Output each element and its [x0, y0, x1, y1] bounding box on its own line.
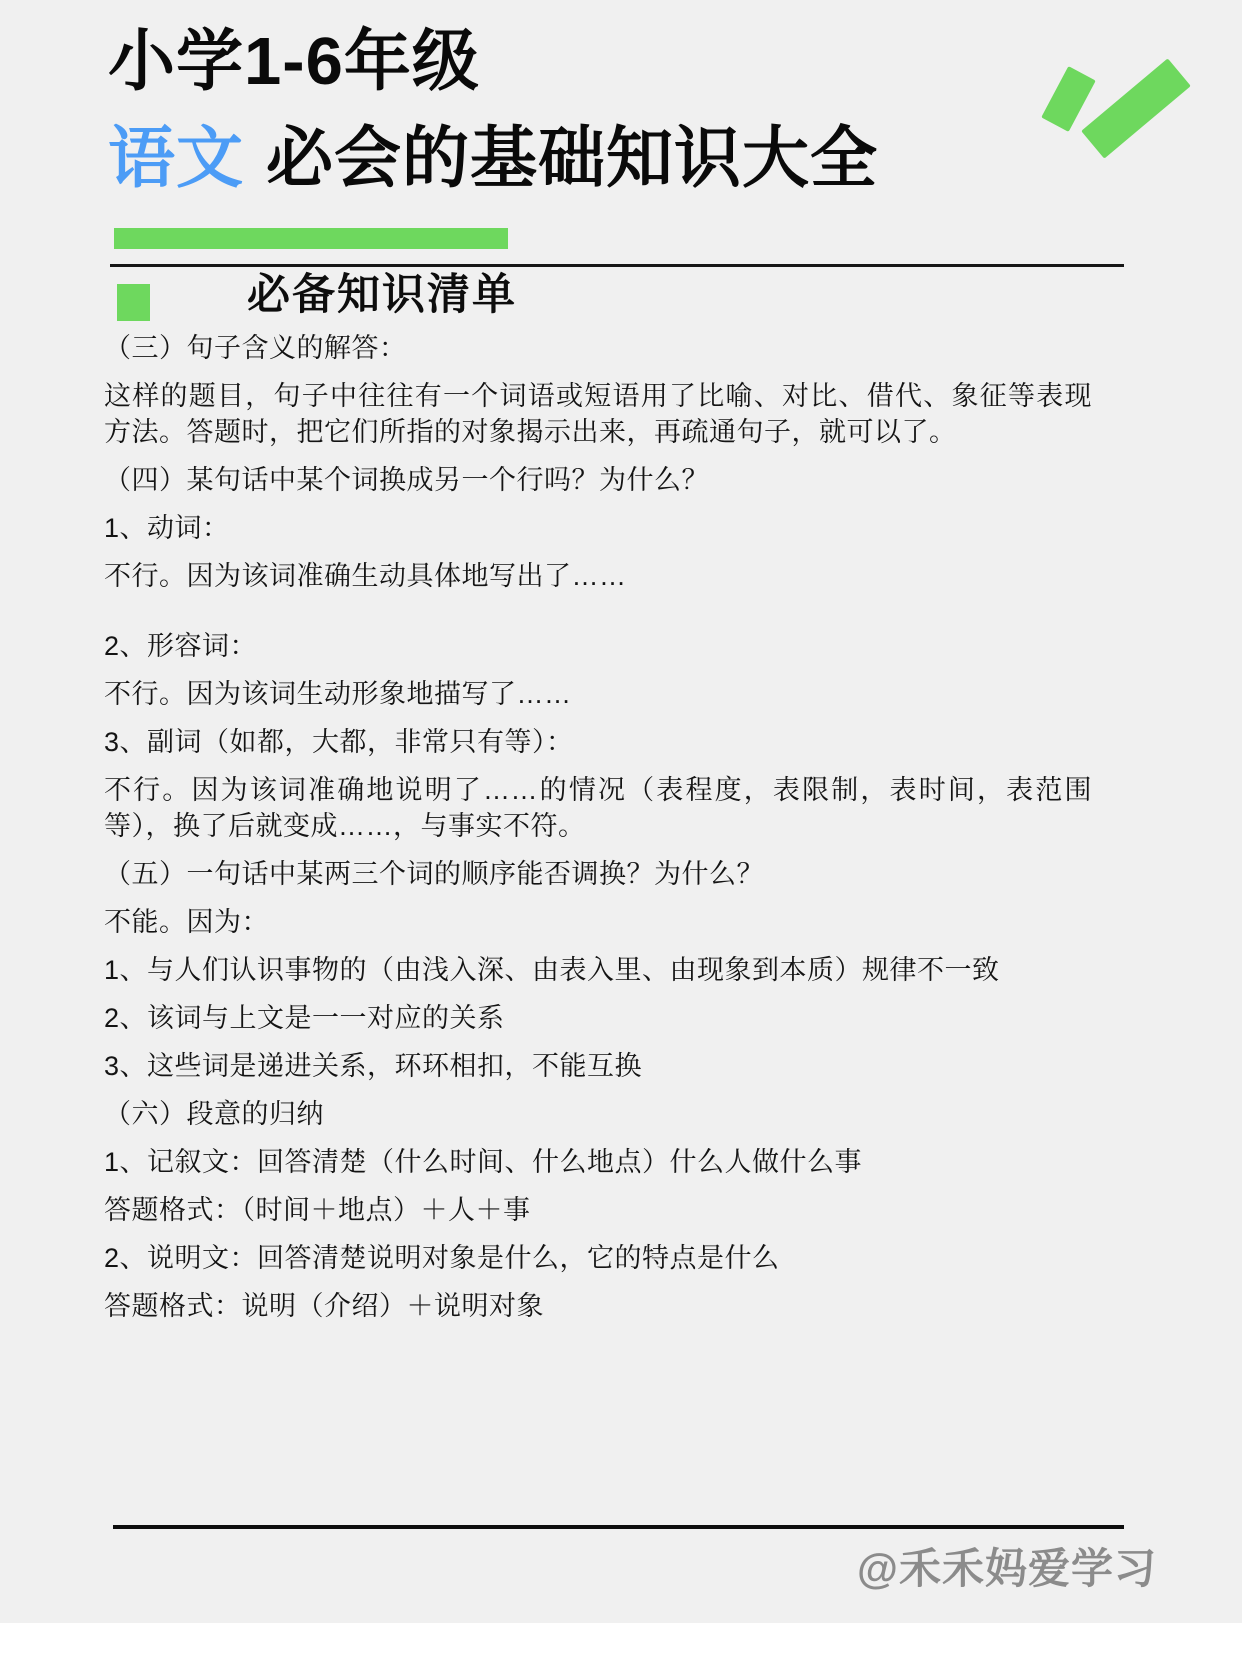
section-heading: 必备知识清单	[247, 272, 517, 319]
page-title-line1: 小学1-6年级	[108, 28, 878, 95]
paragraph: 2、该词与上文是一一对应的关系	[104, 1000, 1092, 1036]
paragraph: 3、这些词是递进关系，环环相扣，不能互换	[104, 1048, 1092, 1084]
paragraph: 不行。因为该词准确生动具体地写出了……	[104, 558, 1092, 594]
paragraph: 3、副词（如都，大都，非常只有等）：	[104, 724, 1092, 760]
subject-highlight: 语文	[108, 121, 244, 196]
page-title-line2: 语文必会的基础知识大全	[108, 125, 878, 192]
paragraph: （五）一句话中某两三个词的顺序能否调换？为什么？	[104, 856, 1092, 892]
green-square-bullet-icon	[117, 284, 150, 321]
paragraph: 2、形容词：	[104, 628, 1092, 664]
paragraph: 答题格式：说明（介绍）＋说明对象	[104, 1288, 1092, 1324]
slash-accent-icon	[1081, 58, 1191, 158]
paragraph: 不能。因为：	[104, 904, 1092, 940]
bottom-white-strip	[0, 1623, 1242, 1660]
page-title-line2-rest: 必会的基础知识大全	[266, 121, 878, 196]
paragraph: 不行。因为该词生动形象地描写了……	[104, 676, 1092, 712]
paragraph: （六）段意的归纳	[104, 1096, 1092, 1132]
paragraph: （三）句子含义的解答：	[104, 330, 1092, 366]
paragraph: 2、说明文：回答清楚说明对象是什么，它的特点是什么	[104, 1240, 1092, 1276]
section-heading-row: 必备知识清单	[117, 272, 517, 321]
slash-accent-icon	[1041, 66, 1096, 132]
footer-divider	[113, 1525, 1124, 1529]
content-body: （三）句子含义的解答： 这样的题目，句子中往往有一个词语或短语用了比喻、对比、借…	[104, 330, 1092, 1336]
paragraph: 1、记叙文：回答清楚（什么时间、什么地点）什么人做什么事	[104, 1144, 1092, 1180]
paragraph: （四）某句话中某个词换成另一个行吗？为什么？	[104, 462, 1092, 498]
paragraph: 1、动词：	[104, 510, 1092, 546]
header-divider	[110, 264, 1124, 267]
study-notes-poster: 小学1-6年级 语文必会的基础知识大全 必备知识清单 （三）句子含义的解答： 这…	[0, 0, 1242, 1660]
paragraph: 不行。因为该词准确地说明了……的情况（表程度，表限制，表时间，表范围等），换了后…	[104, 772, 1092, 844]
title-block: 小学1-6年级 语文必会的基础知识大全	[108, 28, 878, 192]
paragraph: 答题格式：（时间＋地点）＋人＋事	[104, 1192, 1092, 1228]
green-underline-bar	[114, 228, 508, 249]
watermark: @禾禾妈爱学习	[857, 1546, 1157, 1592]
paragraph: 这样的题目，句子中往往有一个词语或短语用了比喻、对比、借代、象征等表现方法。答题…	[104, 378, 1092, 450]
paragraph: 1、与人们认识事物的（由浅入深、由表入里、由现象到本质）规律不一致	[104, 952, 1092, 988]
